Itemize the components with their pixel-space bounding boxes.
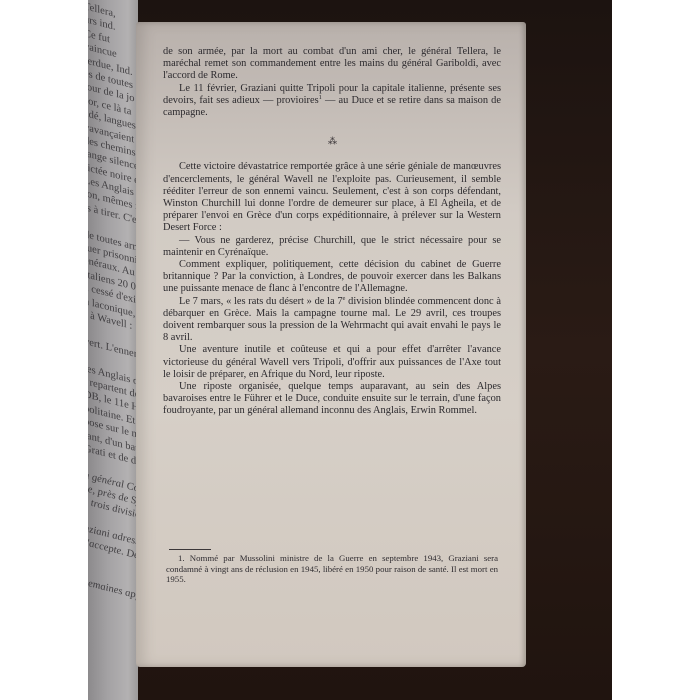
book-photo: Tellera,urs ind.Ce futvaincuererdue, Ind…	[88, 0, 612, 700]
footnote-number: 1.	[178, 553, 185, 563]
paragraph: Le 11 février, Graziani quitte Tripoli p…	[163, 83, 501, 120]
quote-paragraph: — Vous ne garderez, précise Churchill, q…	[163, 235, 501, 259]
paragraph: Cette victoire dévastatrice remportée gr…	[163, 161, 501, 234]
paragraph-text: Le 7 mars, « les rats du désert » de la …	[179, 296, 343, 307]
footnote: 1. Nommé par Mussolini ministre de la Gu…	[166, 553, 498, 585]
section-break-ornament-icon: ⁂	[163, 135, 501, 147]
paragraph: de son armée, par la mort au combat d'un…	[163, 46, 501, 83]
paragraph: Une riposte organisée, quelque temps aup…	[163, 381, 501, 418]
left-page-fragment: Tellera,urs ind.Ce futvaincuererdue, Ind…	[88, 0, 138, 700]
footnote-text: 1. Nommé par Mussolini ministre de la Gu…	[166, 553, 498, 585]
paragraph: Le 7 mars, « les rats du désert » de la …	[163, 296, 501, 345]
body-text: de son armée, par la mort au combat d'un…	[163, 46, 501, 418]
right-page: de son armée, par la mort au combat d'un…	[136, 22, 526, 667]
paragraph: Comment expliquer, politiquement, cette …	[163, 259, 501, 296]
paragraph: Une aventure inutile et coûteuse et qui …	[163, 344, 501, 381]
left-page-text-lines: Tellera,urs ind.Ce futvaincuererdue, Ind…	[88, 0, 138, 607]
footnote-body: Nommé par Mussolini ministre de la Guerr…	[166, 553, 498, 584]
footnote-divider	[169, 549, 211, 550]
